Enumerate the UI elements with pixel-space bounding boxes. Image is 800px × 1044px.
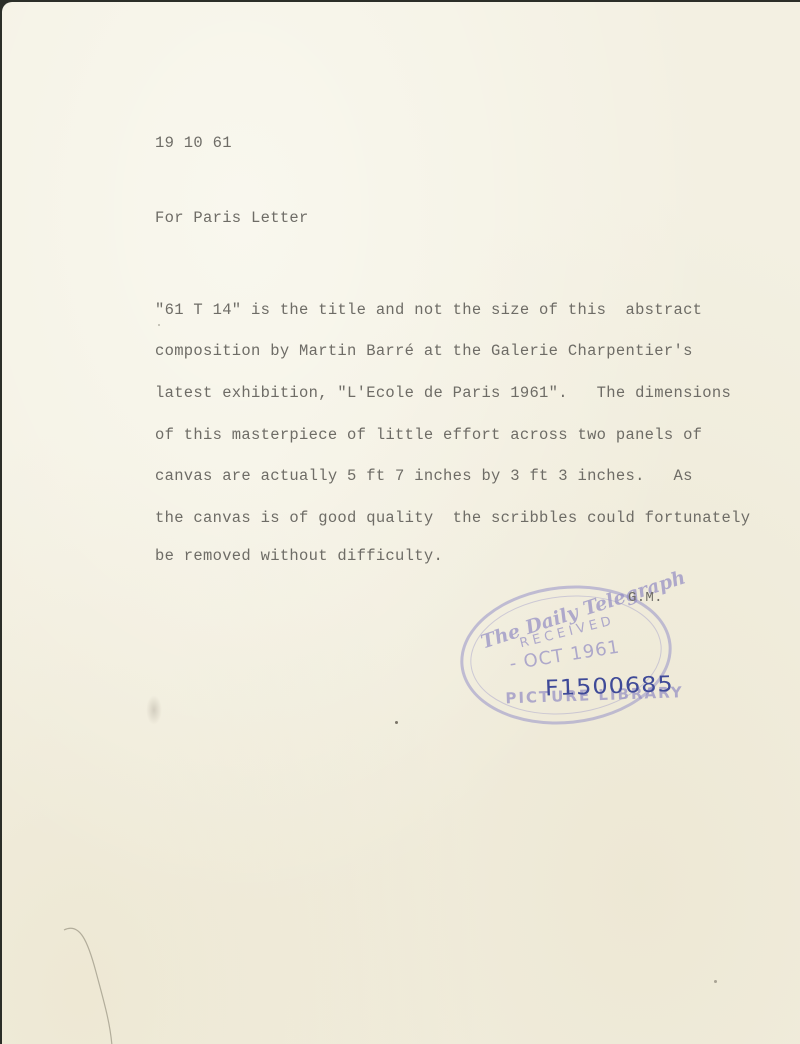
body-line: latest exhibition, "L'Ecole de Paris 196… <box>155 384 731 402</box>
body-line: canvas are actually 5 ft 7 inches by 3 f… <box>155 467 693 485</box>
paper-speck <box>714 980 717 983</box>
paper-speck <box>158 324 160 326</box>
body-line: "61 T 14" is the title and not the size … <box>155 301 702 319</box>
body-line: the canvas is of good quality the scribb… <box>155 509 750 527</box>
handwritten-reference-number: F1500685 <box>545 671 675 701</box>
paper-scratch-mark <box>62 922 122 1044</box>
paper-smudge <box>146 695 162 725</box>
body-line: of this masterpiece of little effort acr… <box>155 426 702 444</box>
paper-speck <box>395 721 398 724</box>
document-heading: For Paris Letter <box>155 209 309 227</box>
signature-initials: G.M. <box>628 590 663 606</box>
document-page: 19 10 61 For Paris Letter "61 T 14" is t… <box>2 2 800 1044</box>
body-line: be removed without difficulty. <box>155 547 443 565</box>
body-line: composition by Martin Barré at the Galer… <box>155 342 693 360</box>
document-date: 19 10 61 <box>155 134 232 152</box>
